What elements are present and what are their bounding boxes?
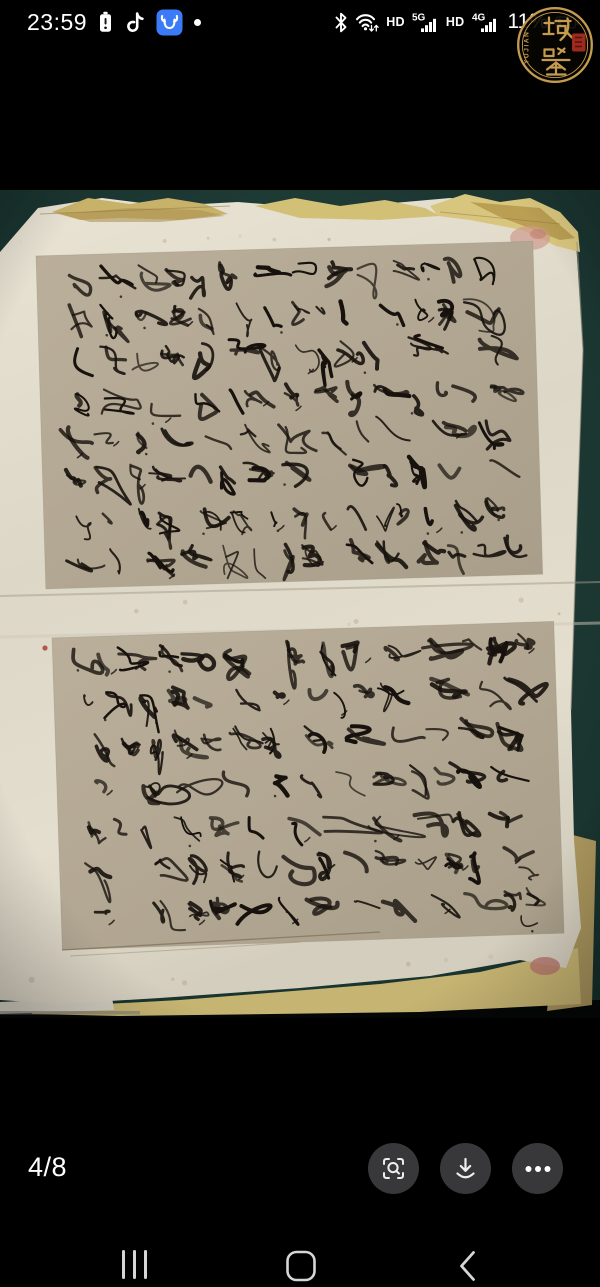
manuscript-photo xyxy=(0,190,600,1018)
wifi-icon xyxy=(355,12,379,33)
status-bar-left: 23:59 xyxy=(27,9,201,36)
tiktok-icon xyxy=(124,11,145,35)
seal-red-stamp xyxy=(572,34,586,52)
bluetooth-icon xyxy=(334,12,348,33)
network-label-5g: 5G xyxy=(412,13,426,24)
home-icon xyxy=(284,1250,318,1282)
recents-button[interactable] xyxy=(114,1250,154,1282)
yujian-watermark-seal: YUJIAN xyxy=(516,6,594,84)
network-label-4g: 4G xyxy=(472,13,486,24)
photo-vignette xyxy=(0,190,600,1018)
download-button[interactable] xyxy=(440,1143,491,1194)
navigation-bar xyxy=(0,1246,600,1287)
more-options-button[interactable] xyxy=(512,1143,563,1194)
lens-search-icon xyxy=(380,1155,407,1182)
page-indicator: 4/8 xyxy=(28,1152,67,1183)
hd-badge-1: HD xyxy=(386,15,405,29)
notification-dot xyxy=(194,19,201,26)
lens-search-button[interactable] xyxy=(368,1143,419,1194)
signal-4g-icon: 4G xyxy=(472,11,499,33)
qianniu-bull-icon xyxy=(156,9,183,36)
more-options-icon xyxy=(524,1164,552,1174)
battery-alert-icon xyxy=(98,11,113,34)
home-button[interactable] xyxy=(284,1250,318,1282)
status-bar: 23:59 xyxy=(0,0,600,48)
clock: 23:59 xyxy=(27,9,87,36)
download-icon xyxy=(452,1155,479,1182)
seal-latin-text: YUJIAN xyxy=(524,31,531,64)
photo-image[interactable] xyxy=(0,190,600,1018)
phone-screen: 23:59 xyxy=(0,0,600,1287)
signal-5g-icon: 5G xyxy=(412,11,439,33)
hd-badge-2: HD xyxy=(446,15,465,29)
back-button[interactable] xyxy=(452,1250,486,1282)
back-icon xyxy=(452,1250,486,1282)
recents-icon xyxy=(122,1250,125,1279)
